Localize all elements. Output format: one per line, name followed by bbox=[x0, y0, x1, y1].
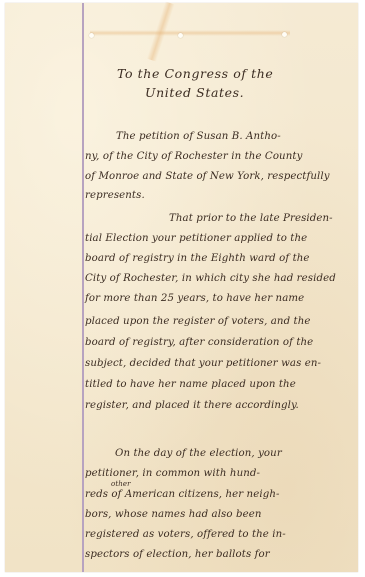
para2-line-6: placed upon the register of voters, and … bbox=[85, 316, 311, 327]
para1-line-4: represents. bbox=[85, 190, 145, 201]
para2-line-2: tial Election your petitioner applied to… bbox=[85, 233, 307, 244]
para3-line-6: spectors of election, her ballots for bbox=[85, 549, 270, 560]
interlinear-insertion: other bbox=[111, 480, 131, 488]
para2-line-5: for more than 25 years, to have her name bbox=[85, 293, 304, 304]
heading-line-2: United States. bbox=[145, 85, 244, 100]
pin-hole-center bbox=[178, 33, 183, 38]
para3-line-1: On the day of the election, your bbox=[115, 448, 282, 459]
pin-hole-right bbox=[282, 32, 287, 37]
para3-line-5: registered as voters, offered to the in- bbox=[85, 529, 286, 540]
para2-line-9: titled to have her name placed upon the bbox=[85, 379, 296, 390]
para1-line-2: ny, of the City of Rochester in the Coun… bbox=[85, 151, 302, 162]
fold-stain-horizontal bbox=[90, 30, 290, 36]
manuscript-page: To the Congress of the United States. Th… bbox=[5, 3, 358, 572]
para3-line-4: bors, whose names had also been bbox=[85, 509, 262, 520]
para1-line-1: The petition of Susan B. Antho- bbox=[116, 131, 281, 142]
para2-line-4: City of Rochester, in which city she had… bbox=[85, 273, 336, 284]
margin-rule bbox=[82, 3, 84, 572]
para3-line-3: reds of American citizens, her neigh- bbox=[85, 489, 280, 500]
heading-line-1: To the Congress of the bbox=[117, 66, 273, 81]
pin-hole-left bbox=[89, 33, 94, 38]
para2-line-1: That prior to the late Presiden- bbox=[169, 213, 333, 224]
para2-line-7: board of registry, after consideration o… bbox=[85, 337, 313, 348]
para2-line-8: subject, decided that your petitioner wa… bbox=[85, 358, 321, 369]
para1-line-3: of Monroe and State of New York, respect… bbox=[85, 171, 330, 182]
para2-line-3: board of registry in the Eighth ward of … bbox=[85, 253, 310, 264]
para2-line-10: register, and placed it there accordingl… bbox=[85, 400, 299, 411]
para3-line-2: petitioner, in common with hund- bbox=[85, 468, 260, 479]
